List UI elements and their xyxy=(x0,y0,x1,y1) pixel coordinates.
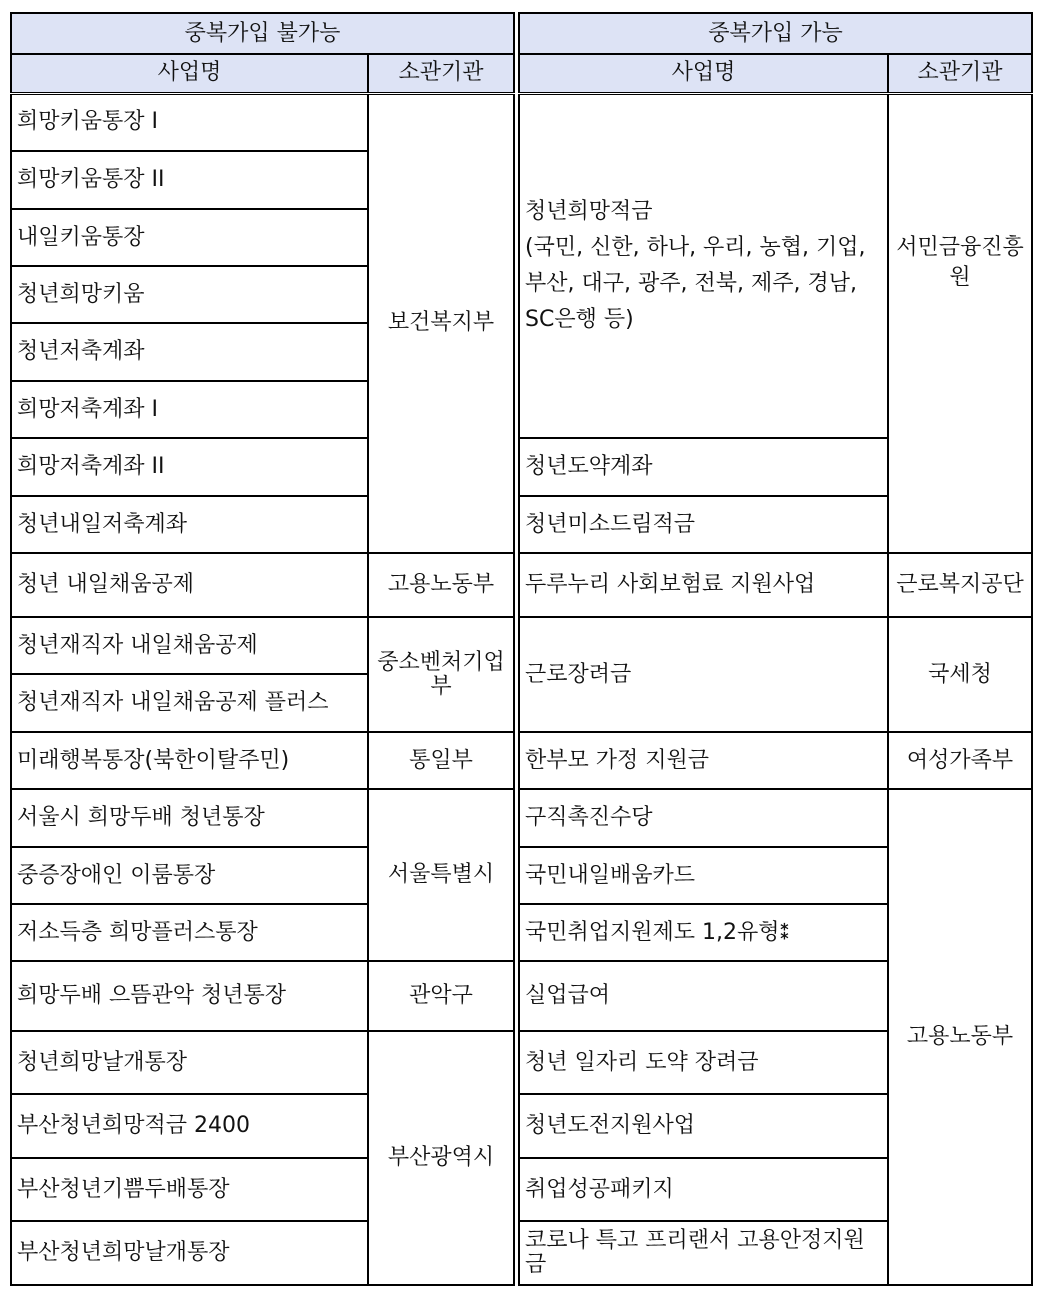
table-row-name: 청년희망날개통장 xyxy=(11,1031,368,1094)
table-row-name: 청년 내일채움공제 xyxy=(11,553,368,617)
table-row-name: 서울시 희망두배 청년통장 xyxy=(11,789,368,847)
table-row-name: 청년도약계좌 xyxy=(519,438,888,496)
table-row-name: 청년도전지원사업 xyxy=(519,1094,888,1158)
table-row-name: 취업성공패키지 xyxy=(519,1158,888,1221)
left-col-org-header: 소관기관 xyxy=(368,54,514,93)
table-row-name: 국민내일배움카드 xyxy=(519,847,888,904)
table-row-name: 국민취업지원제도 1,2유형⁑ xyxy=(519,904,888,961)
org-cell: 부산광역시 xyxy=(368,1031,514,1285)
left-col-name-header: 사업명 xyxy=(11,54,368,93)
table-row-name: 청년희망적금 (국민, 신한, 하나, 우리, 농협, 기업, 부산, 대구, … xyxy=(519,93,888,438)
org-cell: 관악구 xyxy=(368,961,514,1031)
right-col-name-header: 사업명 xyxy=(519,54,888,93)
table-row-name: 청년 일자리 도약 장려금 xyxy=(519,1031,888,1094)
table-row-name: 저소득층 희망플러스통장 xyxy=(11,904,368,961)
table-row-name: 미래행복통장(북한이탈주민) xyxy=(11,732,368,789)
table-row-name: 청년미소드림적금 xyxy=(519,496,888,553)
table-row-name: 희망두배 으뜸관악 청년통장 xyxy=(11,961,368,1031)
left-table-title: 중복가입 불가능 xyxy=(11,13,514,54)
table-row-name: 희망저축계좌 II xyxy=(11,438,368,496)
table-row-name: 부산청년희망적금 2400 xyxy=(11,1094,368,1158)
table-row-name: 청년저축계좌 xyxy=(11,323,368,381)
org-cell: 서울특별시 xyxy=(368,789,514,961)
table-row-name: 부산청년희망날개통장 xyxy=(11,1221,368,1285)
table-row-name: 희망키움통장 II xyxy=(11,151,368,209)
org-cell: 여성가족부 xyxy=(888,732,1032,789)
non-duplicable-table: 중복가입 불가능 사업명 소관기관 희망키움통장 I 보건복지부 희망키움통장 … xyxy=(10,12,515,1286)
table-row-name: 부산청년기쁨두배통장 xyxy=(11,1158,368,1221)
org-cell: 고용노동부 xyxy=(368,553,514,617)
table-row-name: 청년희망키움 xyxy=(11,266,368,323)
org-cell: 보건복지부 xyxy=(368,93,514,553)
table-row-name: 구직촉진수당 xyxy=(519,789,888,847)
table-row-name: 내일키움통장 xyxy=(11,209,368,266)
table-row-name: 코로나 특고 프리랜서 고용안정지원금 xyxy=(519,1221,888,1285)
double-asterisk-icon: ⁑ xyxy=(780,920,790,944)
right-table-title: 중복가입 가능 xyxy=(519,13,1032,54)
table-row-name: 근로장려금 xyxy=(519,617,888,732)
table-row-name: 청년내일저축계좌 xyxy=(11,496,368,553)
org-cell: 중소벤처기업부 xyxy=(368,617,514,732)
org-cell: 서민금융진흥원 xyxy=(888,93,1032,553)
table-row-name: 희망키움통장 I xyxy=(11,93,368,151)
right-col-org-header: 소관기관 xyxy=(888,54,1032,93)
duplicable-table: 중복가입 가능 사업명 소관기관 청년희망적금 (국민, 신한, 하나, 우리,… xyxy=(518,12,1033,1286)
table-row-name: 희망저축계좌 I xyxy=(11,381,368,438)
table-row-name: 중증장애인 이룸통장 xyxy=(11,847,368,904)
org-cell: 근로복지공단 xyxy=(888,553,1032,617)
table-row-name: 두루누리 사회보험료 지원사업 xyxy=(519,553,888,617)
table-row-name: 청년재직자 내일채움공제 플러스 xyxy=(11,674,368,732)
org-cell: 국세청 xyxy=(888,617,1032,732)
table-row-name: 한부모 가정 지원금 xyxy=(519,732,888,789)
org-cell: 고용노동부 xyxy=(888,789,1032,1285)
org-cell: 통일부 xyxy=(368,732,514,789)
row-name-text: 국민취업지원제도 1,2유형 xyxy=(525,920,780,945)
table-row-name: 실업급여 xyxy=(519,961,888,1031)
table-row-name: 청년재직자 내일채움공제 xyxy=(11,617,368,674)
